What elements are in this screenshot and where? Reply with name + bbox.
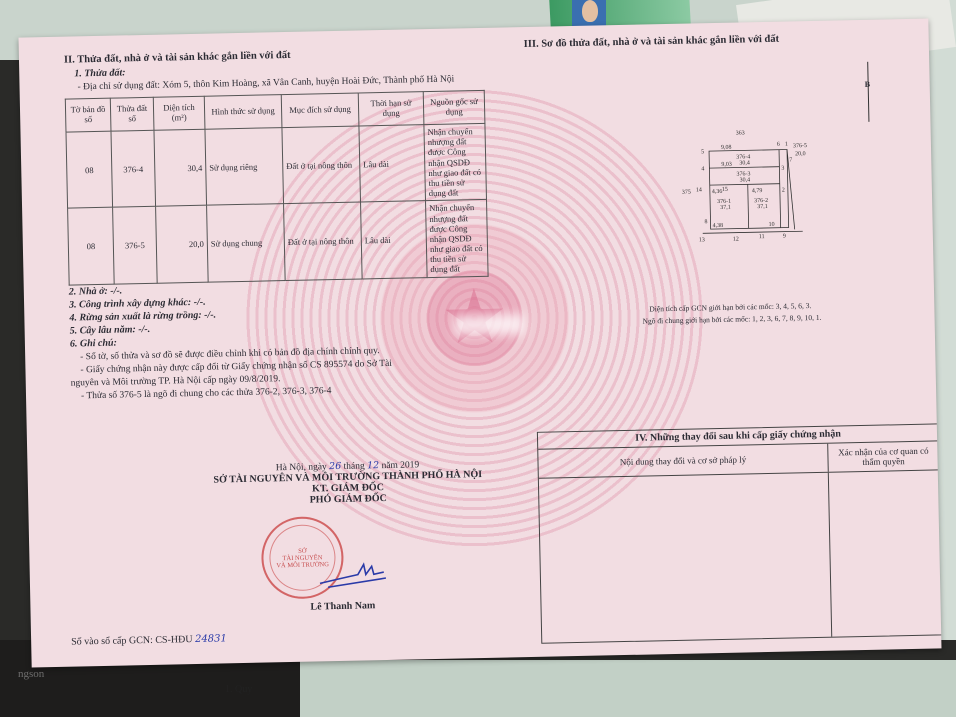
cell-origin: Nhận chuyển nhượng đất được Công nhận QS…: [426, 200, 489, 278]
address-line: - Địa chỉ sử dụng đất: Xóm 5, thôn Kim H…: [77, 74, 454, 92]
north-arrow-icon: [867, 62, 869, 122]
svg-text:7: 7: [789, 157, 792, 163]
cell-parcel-no: 376-4: [111, 130, 156, 207]
cell-use-form: Sử dụng riêng: [205, 128, 284, 206]
header-area: Diện tích (m²): [153, 96, 205, 130]
svg-text:8: 8: [704, 219, 707, 225]
svg-text:9: 9: [783, 234, 786, 240]
underlying-page-text: 1. Quy: [225, 684, 252, 695]
svg-text:10: 10: [769, 222, 775, 228]
cell-purpose: Đất ở tại nông thôn: [284, 202, 363, 280]
cell-area: 20,0: [156, 206, 209, 283]
cell-parcel-no: 376-5: [113, 207, 158, 284]
svg-text:4,38: 4,38: [713, 223, 724, 229]
header-parcel-no: Thửa đất số: [110, 97, 154, 131]
svg-text:375: 375: [682, 190, 691, 196]
registration-value: 24831: [195, 633, 227, 645]
redaction-blur: [454, 314, 524, 335]
svg-text:13: 13: [699, 237, 705, 243]
svg-text:9,08: 9,08: [721, 145, 732, 151]
north-label: B: [865, 80, 871, 89]
cell-map-sheet: 08: [66, 131, 113, 208]
svg-text:6: 6: [777, 142, 780, 148]
svg-text:376-5: 376-5: [793, 143, 807, 149]
svg-text:37,1: 37,1: [757, 204, 768, 210]
svg-text:30,4: 30,4: [739, 160, 750, 166]
svg-text:9,03: 9,03: [721, 162, 732, 168]
cell-purpose: Đất ở tại nông thôn: [282, 126, 361, 204]
land-parcel-table: Tờ bản đồ số Thửa đất số Diện tích (m²) …: [65, 90, 489, 285]
address-value: Xóm 5, thôn Kim Hoàng, xã Vân Canh, huyệ…: [162, 74, 454, 90]
svg-text:37,1: 37,1: [720, 205, 731, 211]
cell-term: Lâu dài: [361, 201, 428, 279]
underlying-page: [300, 660, 956, 717]
cell-term: Lâu dài: [359, 125, 426, 203]
svg-text:2: 2: [782, 188, 785, 194]
svg-text:12: 12: [733, 237, 739, 243]
svg-text:4,36: 4,36: [712, 189, 723, 195]
parcel-sketch-diagram: 363 375 376-5 20,0 376-4 30,4 376-3 30,4…: [680, 121, 822, 244]
header-map-sheet: Tờ bản đồ số: [65, 98, 111, 132]
table-row: 08 376-4 30,4 Sử dụng riêng Đất ở tại nô…: [66, 123, 487, 208]
header-term: Thời hạn sử dụng: [358, 92, 424, 126]
svg-text:363: 363: [736, 130, 745, 136]
svg-text:15: 15: [722, 187, 728, 193]
svg-text:30,4: 30,4: [740, 177, 751, 183]
watermark-text: ngson: [18, 668, 44, 680]
cell-origin: Nhận chuyển nhượng đất được Công nhận QS…: [424, 123, 487, 201]
section-3-title: III. Sơ đồ thửa đất, nhà ở và tài sản kh…: [524, 34, 780, 50]
table-row: 08 376-5 20,0 Sử dụng chung Đất ở tại nô…: [68, 200, 489, 285]
notes-title: 6. Ghi chú:: [70, 338, 117, 350]
svg-text:5: 5: [701, 149, 704, 155]
svg-text:11: 11: [759, 234, 765, 240]
subsection-1-title: 1. Thửa đất:: [74, 67, 126, 79]
header-purpose: Mục đích sử dụng: [281, 93, 359, 128]
header-origin: Nguồn gốc sử dụng: [423, 90, 485, 124]
svg-text:3: 3: [781, 166, 784, 172]
cell-map-sheet: 08: [68, 207, 115, 284]
land-certificate-page: II. Thửa đất, nhà ở và tài sản khác gắn …: [19, 19, 942, 668]
changes-table: IV. Những thay đổi sau khi cấp giấy chứn…: [537, 423, 942, 643]
header-use-form: Hình thức sử dụng: [204, 95, 282, 130]
note-line: nguyên và Môi trường TP. Hà Nội cấp ngày…: [71, 374, 281, 388]
item-planted-forest: 4. Rừng sản xuất là rừng trồng: -/-.: [69, 310, 216, 324]
svg-text:20,0: 20,0: [795, 151, 806, 157]
svg-text:1: 1: [785, 142, 788, 148]
signature-block: Hà Nội, ngày 26 tháng 12 năm 2019 SỞ TÀI…: [187, 457, 508, 508]
changes-confirmation-cell: [829, 470, 942, 636]
handwritten-signature-icon: [318, 560, 389, 589]
date-month-label: tháng: [343, 461, 364, 471]
cell-use-form: Sử dụng chung: [207, 204, 286, 282]
section-2-title: II. Thửa đất, nhà ở và tài sản khác gắn …: [64, 50, 291, 66]
changes-col-confirmation: Xác nhận của cơ quan có thẩm quyền: [828, 441, 939, 471]
address-label: - Địa chỉ sử dụng đất:: [77, 81, 160, 93]
changes-content-cell: [539, 473, 832, 643]
item-perennial-trees: 5. Cây lâu năm: -/-.: [70, 324, 151, 337]
date-month: 12: [367, 460, 379, 471]
svg-text:14: 14: [696, 187, 702, 193]
date-day: 26: [329, 461, 341, 472]
svg-text:4: 4: [701, 166, 704, 172]
signer-name: Lê Thanh Nam: [310, 600, 375, 612]
item-house: 2. Nhà ở: -/-.: [69, 285, 123, 297]
id-card-face: [582, 0, 598, 22]
item-other-construction: 3. Công trình xây dựng khác: -/-.: [69, 297, 206, 311]
registration-number: Số vào sổ cấp GCN: CS-HĐU 24831: [71, 633, 227, 647]
svg-text:4,79: 4,79: [752, 188, 763, 194]
cell-area: 30,4: [154, 129, 207, 206]
registration-label: Số vào sổ cấp GCN: CS-HĐU: [71, 634, 193, 648]
